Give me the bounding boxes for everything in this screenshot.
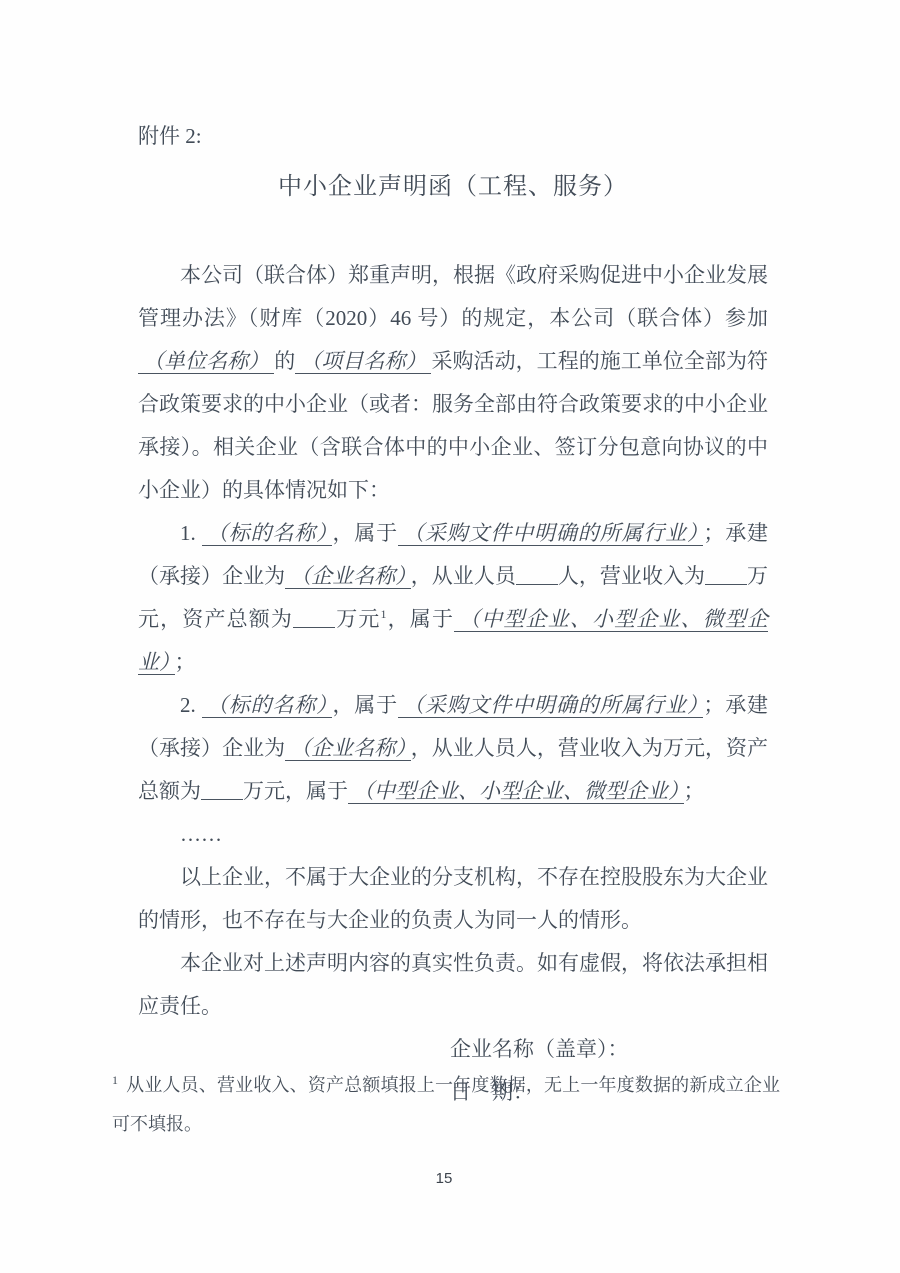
paragraph-text: 的 <box>274 349 295 373</box>
item-text: 万元，属于 <box>243 779 348 803</box>
blank-field-assets <box>293 627 335 628</box>
placeholder-company-name: （企业名称） <box>285 564 411 589</box>
item-text: ； <box>175 650 196 674</box>
document-content: 附件 2: 中小企业声明函（工程、服务） 本公司（联合体）郑重声明，根据《政府采… <box>138 122 768 1114</box>
placeholder-company-name: （企业名称） <box>285 736 411 761</box>
item-text: ，属于 <box>387 607 455 631</box>
scanned-document-page: 附件 2: 中小企业声明函（工程、服务） 本公司（联合体）郑重声明，根据《政府采… <box>0 0 900 1273</box>
paragraph-declaration: 本公司（联合体）郑重声明，根据《政府采购促进中小企业发展管理办法》（财库（202… <box>138 254 768 512</box>
paragraph-responsibility: 本企业对上述声明内容的真实性负责。如有虚假，将依法承担相应责任。 <box>138 942 768 1028</box>
placeholder-project-name: （项目名称） <box>295 349 431 374</box>
item-text: ，属于 <box>332 693 398 717</box>
signature-company-line: 企业名称（盖章）： <box>138 1028 768 1071</box>
document-body: 本公司（联合体）郑重声明，根据《政府采购促进中小企业发展管理办法》（财库（202… <box>138 254 768 1114</box>
item-text: ，属于 <box>332 521 398 545</box>
footnote-number: 1 <box>112 1073 118 1087</box>
placeholder-enterprise-type: （中型企业、小型企业、微型企业） <box>348 779 684 804</box>
item-text: ，从业人员 <box>411 564 516 588</box>
paragraph-text: 本公司（联合体）郑重声明，根据《政府采购促进中小企业发展管理办法》（财库（202… <box>138 263 768 330</box>
item-number: 1. <box>180 521 196 545</box>
page-number: 15 <box>0 1170 888 1187</box>
declaration-item-2: 2. （标的名称），属于（采购文件中明确的所属行业）；承建（承接）企业为（企业名… <box>138 684 768 813</box>
item-number: 2. <box>180 693 196 717</box>
item-text: 万元 <box>335 607 380 631</box>
paragraph-no-large-enterprise: 以上企业，不属于大企业的分支机构，不存在控股股东为大企业的情形，也不存在与大企业… <box>138 856 768 942</box>
placeholder-unit-name: （单位名称） <box>138 349 274 374</box>
document-title: 中小企业声明函（工程、服务） <box>138 168 768 206</box>
footnote-text: 从业人员、营业收入、资产总额填报上一年度数据，无上一年度数据的新成立企业可不填报… <box>112 1075 780 1134</box>
item-text: 人，营业收入为 <box>558 564 705 588</box>
blank-field-revenue <box>705 584 747 585</box>
placeholder-industry: （采购文件中明确的所属行业） <box>398 521 703 546</box>
placeholder-subject-name: （标的名称） <box>202 521 333 546</box>
placeholder-subject-name: （标的名称） <box>202 693 333 718</box>
item-text: ； <box>684 779 705 803</box>
attachment-label: 附件 2: <box>138 122 768 150</box>
footnote: 1从业人员、营业收入、资产总额填报上一年度数据，无上一年度数据的新成立企业可不填… <box>112 1066 780 1144</box>
declaration-item-1: 1. （标的名称），属于（采购文件中明确的所属行业）；承建（承接）企业为（企业名… <box>138 512 768 684</box>
blank-field-assets <box>201 799 243 800</box>
ellipsis-line: …… <box>138 813 768 856</box>
blank-field-employees <box>516 584 558 585</box>
placeholder-industry: （采购文件中明确的所属行业） <box>398 693 703 718</box>
